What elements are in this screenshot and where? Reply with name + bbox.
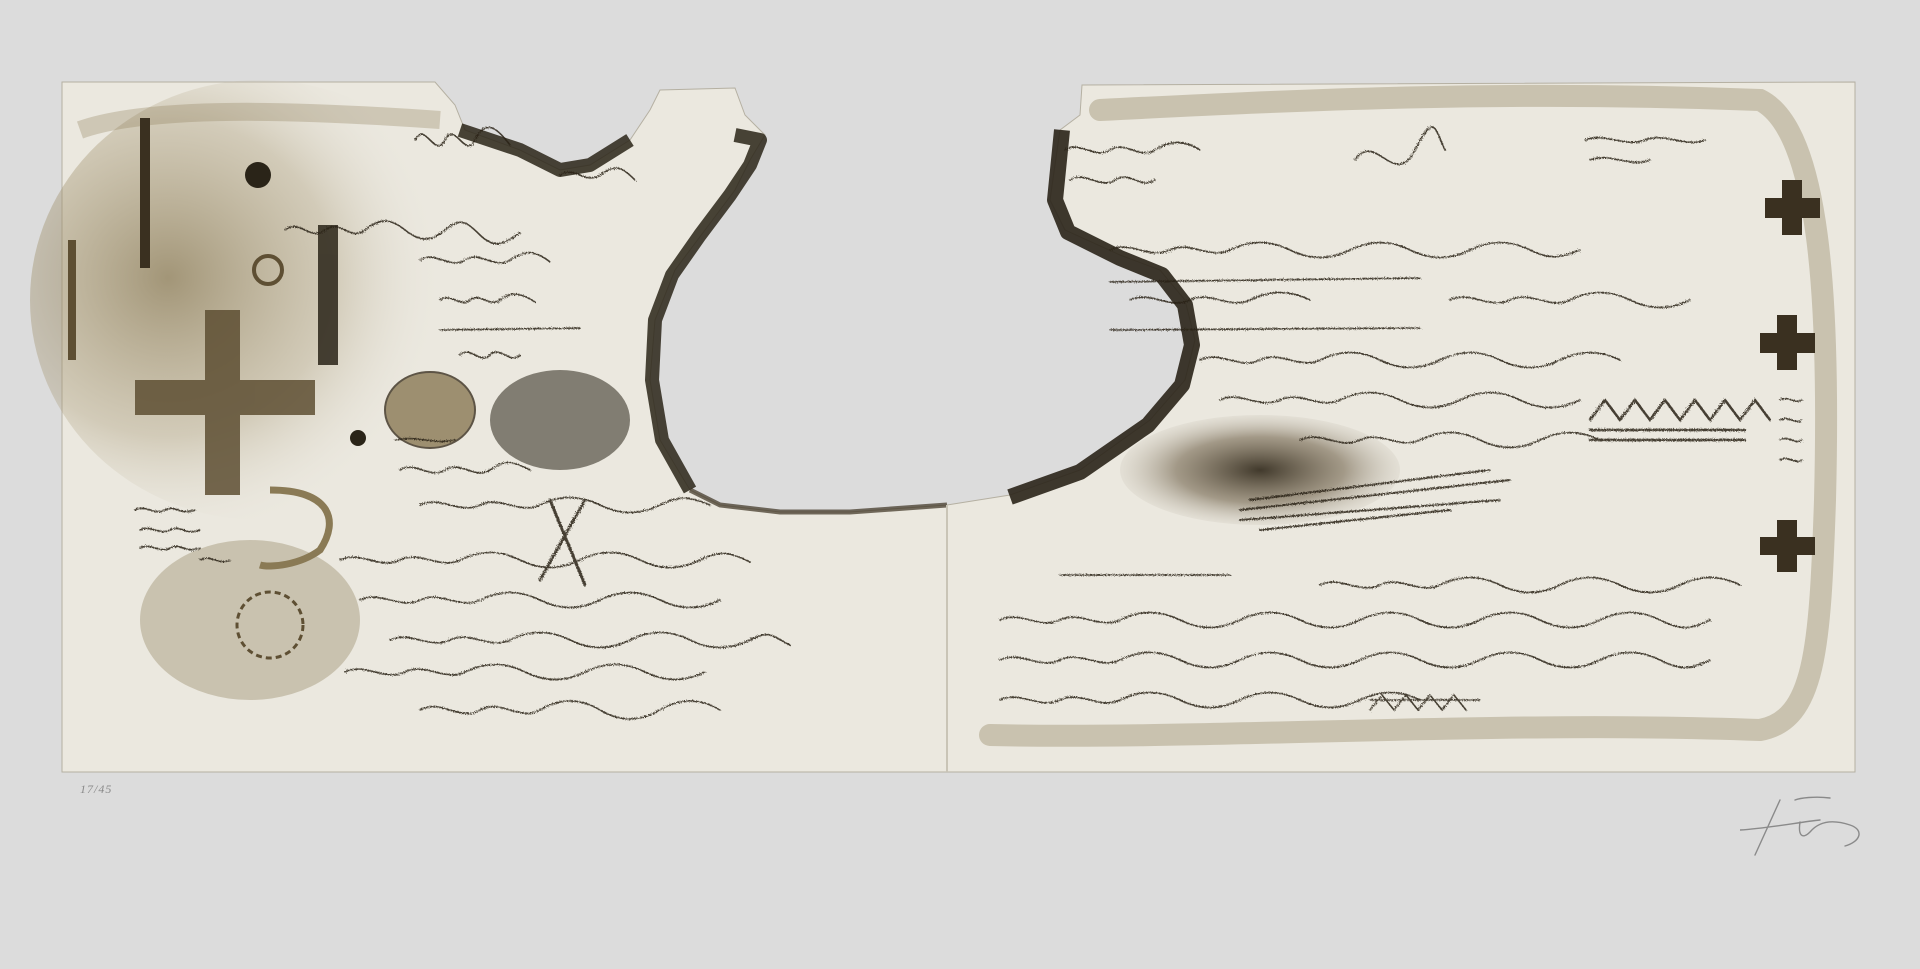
print-illustration — [0, 0, 1920, 969]
right-plate — [947, 82, 1855, 772]
etching-print: 17/45 — [0, 0, 1920, 969]
artist-signature — [1740, 780, 1870, 860]
ink-oval — [385, 372, 475, 448]
edition-number: 17/45 — [80, 782, 112, 797]
